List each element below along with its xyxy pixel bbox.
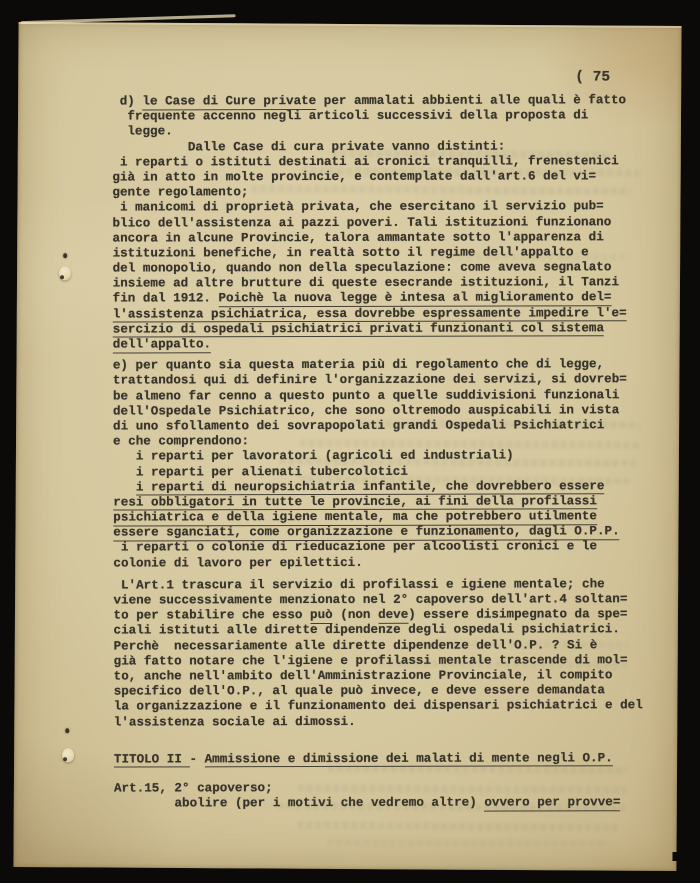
paper-edge-notch — [672, 852, 678, 861]
text-segment: viene successivamente menzionato nel 2° … — [113, 592, 627, 607]
text-line: già in atto in molte provincie, e contem… — [112, 169, 657, 186]
text-line: l'assistenza psichiatrica, essa dovrebbe… — [113, 306, 658, 323]
pin-hole — [63, 253, 67, 258]
underlined-text-segment: Poichè la nuova legge è intesa al miglio… — [218, 291, 611, 308]
text-segment: trattandosi qui di definire l'organizzaz… — [113, 373, 627, 388]
text-segment: i reparti per alienati tubercolotici — [136, 464, 408, 479]
text-line: l'assistenza sociale ai dimossi. — [114, 714, 659, 731]
text-segment: ciali istituti alle dirette dipendenze d… — [114, 623, 620, 638]
text-line: legge. — [112, 124, 657, 141]
text-segment: be almeno far cenno a questo punto a que… — [113, 388, 619, 403]
text-line: istituzioni benefiche, in realtà sotto i… — [113, 245, 658, 262]
text-line: L'Art.1 trascura il servizio di profilas… — [113, 577, 658, 594]
text-segment: dell'Ospedale Psichiatrico, che sono olt… — [113, 403, 619, 418]
underlined-text-segment: Ammissione e dimissione dei malati di me… — [205, 751, 613, 768]
text-line: fin dal 1912. Poichè la nuova legge è in… — [113, 291, 658, 308]
text-line: sercizio di ospedali psichiatrici privat… — [113, 321, 658, 338]
text-line: di uno sfollamento dei sovrapopolati gra… — [113, 418, 658, 435]
pin-hole — [59, 266, 71, 280]
document-page: ( 75 d) le Case di Cure private per amma… — [13, 22, 681, 871]
text-segment: d) — [120, 94, 143, 108]
text-line: abolire (per i motivi che vedremo altre)… — [114, 795, 659, 812]
text-segment: i reparti per lavoratori (agricoli ed in… — [136, 449, 514, 464]
underlined-text-segment: le Case di Cure private — [142, 94, 316, 110]
text-segment: i reparti o colonie di rieducazione per … — [121, 540, 597, 555]
text-line: trattandosi qui di definire l'organizzaz… — [113, 373, 658, 390]
text-line: ciali istituti alle dirette dipendenze d… — [114, 623, 659, 640]
text-segment: to, anche nell'ambito dell'Amministrazio… — [114, 668, 613, 683]
text-line: Dalle Case di cura private vanno distint… — [112, 139, 657, 156]
text-line: i manicomi di proprietà privata, che ese… — [112, 199, 657, 216]
text-segment: specifico dell'O.P., al quale può invece… — [114, 683, 605, 698]
underlined-text-segment: dell'appalto. — [113, 337, 211, 353]
text-line: frequente accenno negli articoli success… — [112, 108, 657, 125]
text-segment: istituzioni benefiche, in realtà sotto i… — [113, 245, 589, 260]
text-line: e) per quanto sia questa materia più di … — [113, 357, 658, 374]
underlined-text-segment: essere sganciati, come organizzazione e … — [113, 524, 619, 541]
underlined-text-segment: ovvero per provve= — [484, 795, 620, 811]
text-line: essere sganciati, come organizzazione e … — [113, 524, 658, 541]
text-segment: per ammalati abbienti alle quali è fatto — [316, 93, 626, 108]
text-line: resi obbligatori in tutte le provincie, … — [113, 494, 658, 511]
pin-hole — [65, 728, 69, 733]
page-number: ( 75 — [575, 69, 610, 85]
text-line: ancora in alcune Provincie, talora amman… — [113, 230, 658, 247]
text-segment: i reparti o istituti destinati ai cronic… — [120, 154, 619, 169]
text-segment: l'assistenza sociale ai dimossi. — [114, 714, 356, 729]
text-line: to per stabilire che esso può (non deve)… — [113, 607, 658, 624]
text-line: gente regolamento; — [112, 184, 657, 201]
text-segment: Art.15, 2° capoverso; — [114, 781, 273, 795]
text-segment: abolire (per i motivi che vedremo altre) — [174, 796, 484, 811]
text-segment: (non — [333, 608, 378, 622]
text-line: dell'appalto. — [113, 336, 658, 353]
bleedthrough-smudge — [328, 838, 608, 847]
text-line: be almeno far cenno a questo punto a que… — [113, 388, 658, 405]
text-segment: - — [189, 752, 204, 766]
text-line: Art.15, 2° capoverso; — [114, 780, 659, 797]
text-segment: to per stabilire che esso — [113, 608, 310, 623]
underlined-text-segment: deve — [378, 608, 408, 624]
text-line: viene successivamente menzionato nel 2° … — [113, 592, 658, 609]
text-segment: già fatto notare che l'igiene e profilas… — [114, 653, 628, 668]
text-segment: frequente accenno negli articoli success… — [127, 108, 588, 123]
underlined-text-segment: psichiatrica e della igiene mentale, ma … — [113, 509, 597, 526]
text-segment: blico dell'assistenza ai pazzi poveri. T… — [112, 215, 611, 230]
text-segment: ancora in alcune Provincie, talora amman… — [113, 230, 604, 245]
underlined-text-segment: sercizio di ospedali psichiatrici privat… — [113, 321, 604, 338]
text-line: blico dell'assistenza ai pazzi poveri. T… — [112, 215, 657, 232]
text-segment: colonie di lavoro per epilettici. — [113, 556, 362, 571]
pin-hole — [62, 748, 74, 762]
text-segment: ) essere disimpegnato da spe= — [408, 607, 627, 622]
underlined-text-segment: i reparti di neuropsichiatria infantile,… — [136, 479, 605, 496]
text-segment: e) per quanto sia questa materia più di … — [113, 357, 604, 372]
text-segment: del monopolio, quando non della speculaz… — [113, 260, 612, 275]
text-line: la organizzazione e il funzionamento dei… — [114, 698, 659, 715]
text-segment: legge. — [127, 125, 172, 139]
text-line: Perchè necessariamente alle dirette dipe… — [114, 638, 659, 655]
text-segment: i manicomi di proprietà privata, che ese… — [120, 200, 604, 215]
text-line: d) le Case di Cure private per ammalati … — [112, 93, 657, 110]
text-line: insieme ad altre brutture di queste esec… — [113, 275, 658, 292]
text-segment: Dalle Case di cura private vanno distint… — [188, 139, 505, 154]
text-line: i reparti o colonie di rieducazione per … — [113, 540, 658, 557]
scanner-background: ( 75 d) le Case di Cure private per amma… — [0, 0, 700, 883]
text-line: dell'Ospedale Psichiatrico, che sono olt… — [113, 403, 658, 420]
text-segment: la organizzazione e il funzionamento dei… — [114, 698, 643, 713]
text-line: già fatto notare che l'igiene e profilas… — [114, 653, 659, 670]
text-segment: già in atto in molte provincie, e contem… — [112, 169, 596, 184]
text-segment: e che comprendono: — [113, 434, 249, 448]
text-segment: insieme ad altre brutture di queste esec… — [113, 275, 619, 290]
paper-edge-highlight — [21, 14, 236, 24]
underlined-text-segment: può — [310, 608, 333, 624]
text-line: TITOLO II - Ammissione e dimissione dei … — [114, 751, 659, 768]
text-segment: gente regolamento; — [112, 185, 248, 199]
underlined-text-segment: TITOLO II — [114, 752, 190, 768]
text-line: specifico dell'O.P., al quale può invece… — [114, 683, 659, 700]
text-segment: fin dal 1912. — [113, 292, 219, 306]
text-line: colonie di lavoro per epilettici. — [113, 555, 658, 572]
text-segment: Perchè necessariamente alle dirette dipe… — [114, 638, 598, 653]
text-segment: di uno sfollamento dei sovrapopolati gra… — [113, 418, 604, 433]
text-line: del monopolio, quando non della speculaz… — [113, 260, 658, 277]
underlined-text-segment: l'assistenza psichiatrica, essa dovrebbe… — [113, 306, 627, 323]
text-line: i reparti o istituti destinati ai cronic… — [112, 154, 657, 171]
text-line: i reparti per lavoratori (agricoli ed in… — [113, 448, 658, 465]
text-line: i reparti di neuropsichiatria infantile,… — [113, 479, 658, 496]
text-line: e che comprendono: — [113, 433, 658, 450]
text-segment: L'Art.1 trascura il servizio di profilas… — [121, 577, 605, 592]
text-line: to, anche nell'ambito dell'Amministrazio… — [114, 668, 659, 685]
text-line: i reparti per alienati tubercolotici — [113, 464, 658, 481]
typewritten-text: d) le Case di Cure private per ammalati … — [112, 93, 659, 812]
bleedthrough-smudge — [298, 822, 618, 831]
text-line: psichiatrica e della igiene mentale, ma … — [113, 509, 658, 526]
underlined-text-segment: resi obbligatori in tutte le provincie, … — [113, 494, 597, 511]
